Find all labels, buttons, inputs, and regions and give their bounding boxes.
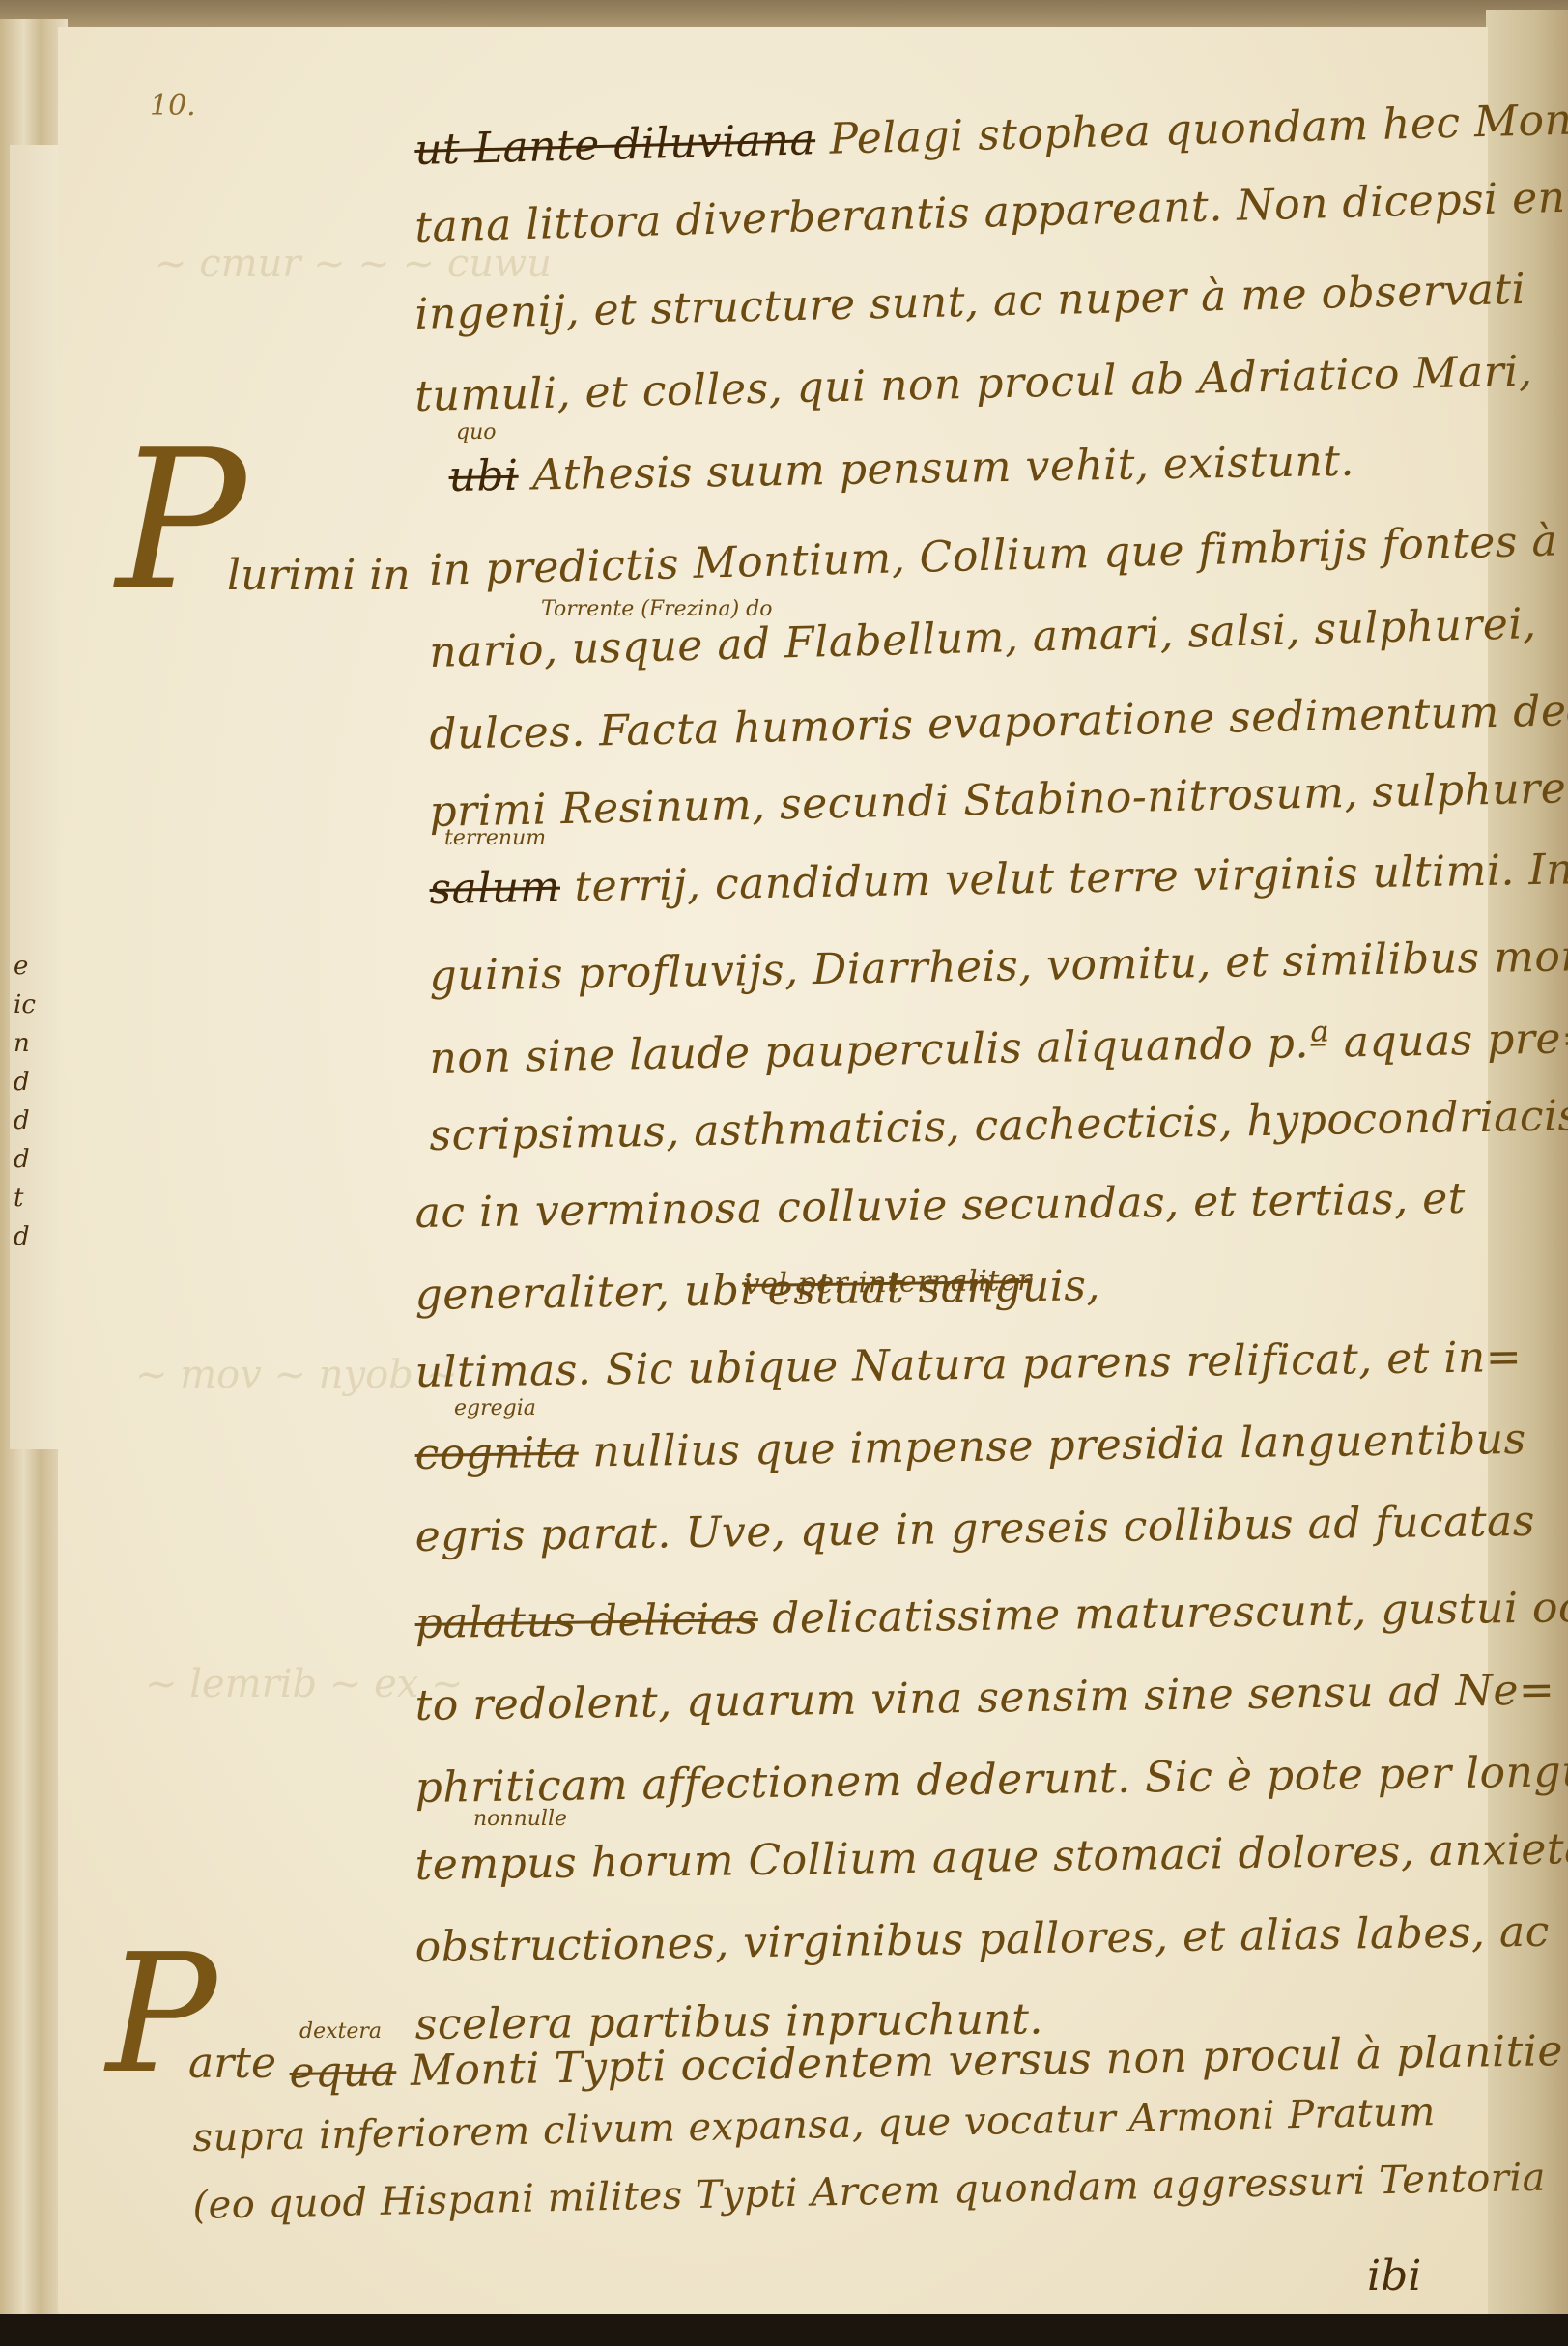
interlinear-insertion: nonnulle (473, 1807, 567, 1831)
struck-text: ut Lante diluviana (414, 115, 816, 175)
folio-number: 10. (150, 89, 196, 123)
interlinear-insertion: quo (456, 420, 497, 444)
interlinear-insertion: dextera (299, 2019, 382, 2044)
interlinear-insertion: terrenum (444, 826, 546, 850)
manuscript-scan: e ic n d d d t d ~ cmur ~ ~ ~ cuwu ~ mov… (0, 0, 1568, 2346)
struck-text: salum (429, 863, 560, 914)
struck-text: palatus delicias (414, 1594, 758, 1648)
struck-text: ubi (448, 451, 519, 501)
struck-text: cognita (414, 1428, 579, 1479)
struck-text: equa (289, 2046, 397, 2098)
initial-word-rest: lurimi in (227, 551, 411, 600)
initial-word-rest: arte (188, 2039, 276, 2088)
interlinear-insertion: egregia (454, 1396, 536, 1420)
struck-text: vel per internaliter (744, 1264, 1033, 1302)
show-through-text: ~ mov ~ nyob ~ (135, 1353, 458, 1397)
bottom-shadow (0, 2314, 1568, 2346)
interlinear-insertion: Torrente (Frezina) do (541, 597, 773, 621)
catchword: ibi (1367, 2251, 1421, 2301)
stub-margin-marks: e ic n d d d t d (14, 947, 52, 1256)
